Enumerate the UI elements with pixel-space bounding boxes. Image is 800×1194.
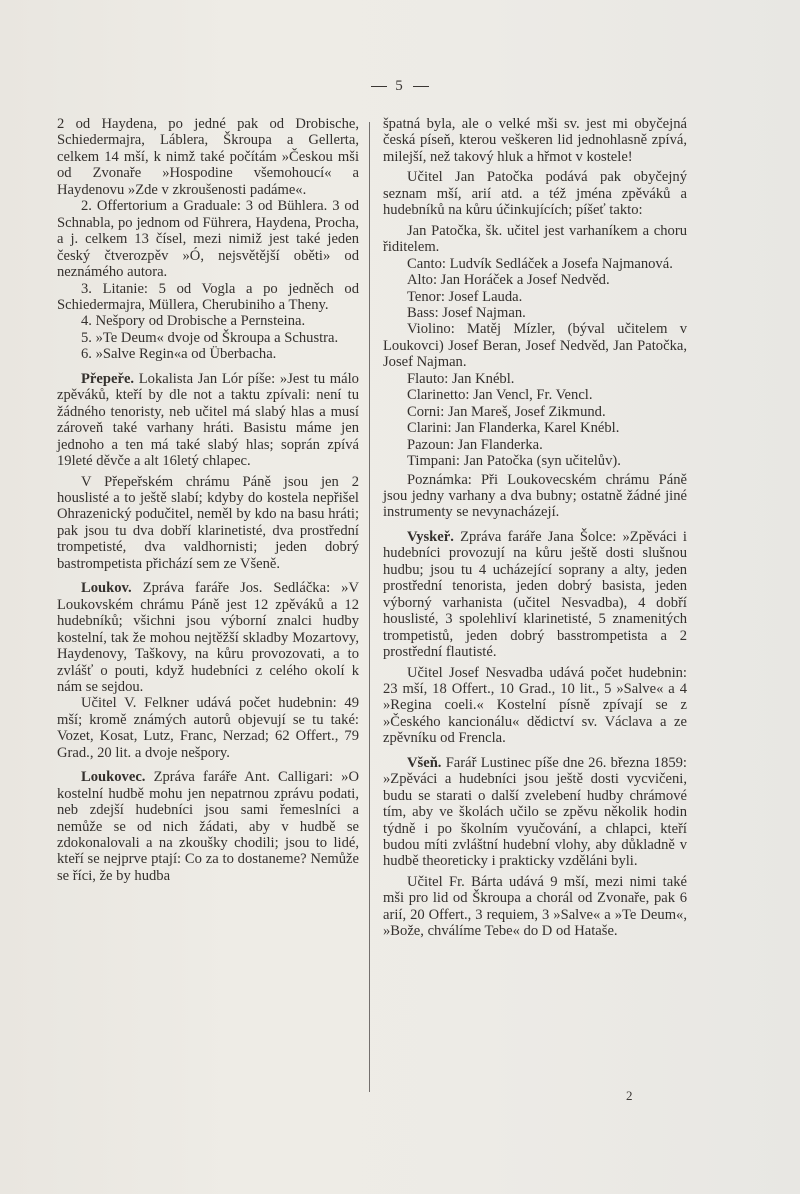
paragraph: 3. Litanie: 5 od Vogla a po jedněch od S…	[57, 281, 359, 314]
roster-line: Clarini: Jan Flanderka, Karel Knébl.	[383, 420, 687, 436]
section-loukovec: Loukovec. Zpráva faráře Ant. Calligari: …	[57, 769, 359, 884]
paragraph: Violino: Matěj Mízler, (býval učitelem v…	[383, 321, 687, 370]
section-heading: Vyskeř.	[407, 529, 454, 545]
paragraph: špatná byla, ale o velké mši sv. jest mi…	[383, 116, 687, 165]
section-vysker: Vyskeř. Zpráva faráře Jana Šolce: »Zpěvá…	[383, 529, 687, 661]
roster-line: Flauto: Jan Knébl.	[383, 371, 687, 387]
roster-line: Pazoun: Jan Flanderka.	[383, 437, 687, 453]
header-dash-right	[413, 86, 429, 87]
paragraph: 2 od Haydena, po jedné pak od Drobische,…	[57, 116, 359, 198]
roster-line: Alto: Jan Horáček a Josef Nedvěd.	[383, 272, 687, 288]
paragraph: Učitel V. Felkner udává počet hudebnin: …	[57, 695, 359, 761]
header-dash-left	[371, 86, 387, 87]
paragraph: Učitel Fr. Bárta udává 9 mší, mezi nimi …	[383, 874, 687, 940]
section-heading: Všeň.	[407, 755, 441, 771]
scanned-page: 5 2 od Haydena, po jedné pak od Drobisch…	[0, 0, 800, 1194]
paragraph: Učitel Jan Patočka podává pak obyčejný s…	[383, 169, 687, 218]
section-text: Zpráva faráře Ant. Calligari: »O kosteln…	[57, 769, 359, 884]
roster-line: Bass: Josef Najman.	[383, 305, 687, 321]
column-divider	[369, 122, 370, 1092]
roster-line: Tenor: Josef Lauda.	[383, 289, 687, 305]
paragraph: 2. Offertorium a Graduale: 3 od Bühlera.…	[57, 198, 359, 280]
section-heading: Loukov.	[81, 580, 132, 596]
section-loukov: Loukov. Zpráva faráře Jos. Sedláčka: »V …	[57, 580, 359, 695]
paragraph: Jan Patočka, šk. učitel jest varhaníkem …	[383, 223, 687, 256]
section-text: Zpráva faráře Jana Šolce: »Zpěváci i hud…	[383, 529, 687, 660]
section-vsen: Všeň. Farář Lustinec píše dne 26. března…	[383, 755, 687, 870]
paragraph: Poznámka: Při Loukovecském chrámu Páně j…	[383, 472, 687, 521]
page-header: 5	[0, 78, 800, 95]
roster-line: Clarinetto: Jan Vencl, Fr. Vencl.	[383, 387, 687, 403]
paragraph: Učitel Josef Nesvadba udává počet hudebn…	[383, 665, 687, 747]
paragraph: Canto: Ludvík Sedláček a Josefa Najmanov…	[383, 256, 687, 272]
paragraph: 4. Nešpory od Drobische a Pernsteina.	[57, 313, 359, 329]
roster-line: Corni: Jan Mareš, Josef Zikmund.	[383, 404, 687, 420]
signature-mark: 2	[626, 1088, 633, 1104]
paragraph: 6. »Salve Regin«a od Überbacha.	[57, 346, 359, 362]
left-column: 2 od Haydena, po jedné pak od Drobische,…	[57, 116, 359, 884]
section-heading: Přepeře.	[81, 371, 134, 387]
section-text: Zpráva faráře Jos. Sedláčka: »V Loukovsk…	[57, 580, 359, 695]
paragraph: V Přepeřském chrámu Páně jsou jen 2 hous…	[57, 474, 359, 573]
page-number: 5	[395, 78, 405, 94]
section-heading: Loukovec.	[81, 769, 145, 785]
section-prepere: Přepeře. Lokalista Jan Lór píše: »Jest t…	[57, 371, 359, 470]
section-text: Farář Lustinec píše dne 26. března 1859:…	[383, 755, 687, 870]
right-column: špatná byla, ale o velké mši sv. jest mi…	[383, 116, 687, 940]
paragraph: 5. »Te Deum« dvoje od Škroupa a Schustra…	[57, 330, 359, 346]
roster-line: Timpani: Jan Patočka (syn učitelův).	[383, 453, 687, 469]
